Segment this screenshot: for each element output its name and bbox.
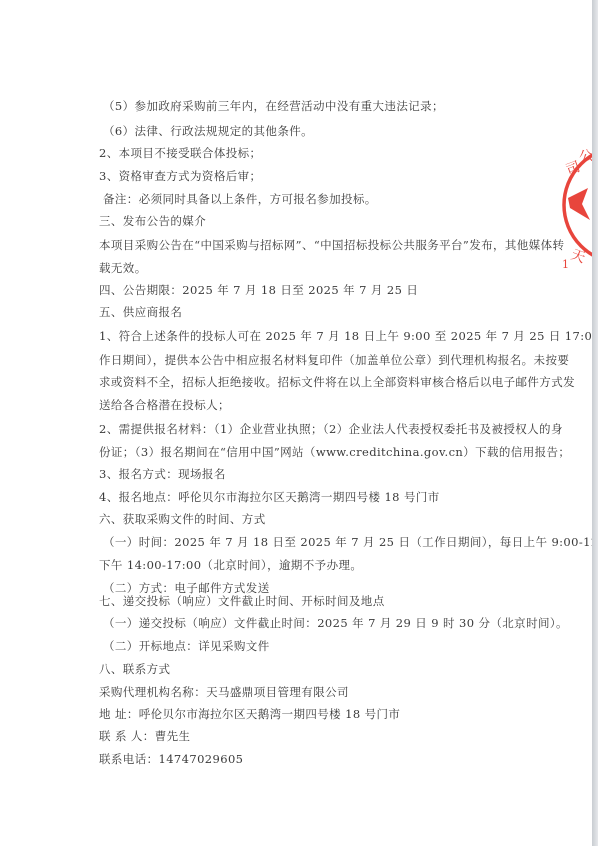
doc-line: 2、本项目不接受联合体投标； (99, 146, 261, 160)
doc-line: 本项目采购公告在“中国采购与招标网”、“中国招标投标公共服务平台”发布，其他媒体… (99, 238, 564, 252)
page-edge-shadow (592, 0, 598, 846)
doc-line: 4、报名地点：呼伦贝尔市海拉尔区天鹅湾一期四号楼 18 号门市 (99, 490, 440, 504)
doc-line: 载无效。 (99, 261, 147, 275)
section-heading: 五、供应商报名 (99, 305, 182, 319)
doc-line: 联系电话：14747029605 (99, 752, 243, 766)
doc-line: 3、资格审查方式为资格后审； (99, 169, 261, 183)
doc-line: （二）方式：电子邮件方式发送 (103, 581, 270, 595)
doc-line: 份证；（3）报名期间在“信用中国”网站（www.creditchina.gov.… (99, 445, 570, 459)
doc-line: （6）法律、行政法规规定的其他条件。 (103, 124, 313, 138)
doc-line: 采购代理机构名称：天马盛鼎项目管理有限公司 (99, 685, 349, 699)
section-heading: 六、获取采购文件的时间、方式 (99, 512, 266, 526)
doc-line: 地 址：呼伦贝尔市海拉尔区天鹅湾一期四号楼 18 号门市 (99, 707, 400, 721)
doc-line: 联 系 人：曹先生 (99, 729, 190, 743)
section-heading: 三、发布公告的媒介 (99, 214, 206, 228)
section-heading: 七、递交投标（响应）文件截止时间、开标时间及地点 (99, 594, 385, 608)
document-page: （5）参加政府采购前三年内，在经营活动中没有重大违法记录； （6）法律、行政法规… (0, 0, 592, 846)
doc-line: 2、需提供报名材料：（1）企业营业执照；（2）企业法人代表授权委托书及被授权人的… (99, 422, 563, 436)
section-heading: 八、联系方式 (99, 662, 170, 676)
doc-line: （一）时间：2025 年 7 月 18 日至 2025 年 7 月 25 日（工… (103, 535, 598, 549)
doc-line: 备注：必须同时具备以上条件，方可报名参加投标。 (103, 192, 377, 206)
doc-line: 3、报名方式：现场报名 (99, 467, 226, 481)
doc-line: （一）递交投标（响应）文件截止时间：2025 年 7 月 29 日 9 时 30… (103, 616, 568, 630)
svg-text:1: 1 (562, 258, 569, 270)
doc-line: 1、符合上述条件的投标人可在 2025 年 7 月 18 日上午 9:00 至 … (99, 329, 598, 343)
doc-line: （二）开标地点：详见采购文件 (103, 639, 270, 653)
doc-line: 作日期间），提供本公告中相应报名材料复印件（加盖单位公章）到代理机构报名。未按要 (99, 353, 569, 367)
svg-text:天: 天 (569, 247, 588, 267)
doc-line: 送给各合格潜在投标人； (99, 398, 230, 412)
doc-line: 下午 14:00-17:00（北京时间），逾期不予办理。 (99, 558, 362, 572)
section-heading: 四、公告期限：2025 年 7 月 18 日至 2025 年 7 月 25 日 (99, 283, 418, 297)
doc-line: 求或资料不全，招标人拒绝接收。招标文件将在以上全部资料审核合格后以电子邮件方式发 (99, 375, 575, 389)
doc-line: （5）参加政府采购前三年内，在经营活动中没有重大违法记录； (103, 99, 444, 113)
